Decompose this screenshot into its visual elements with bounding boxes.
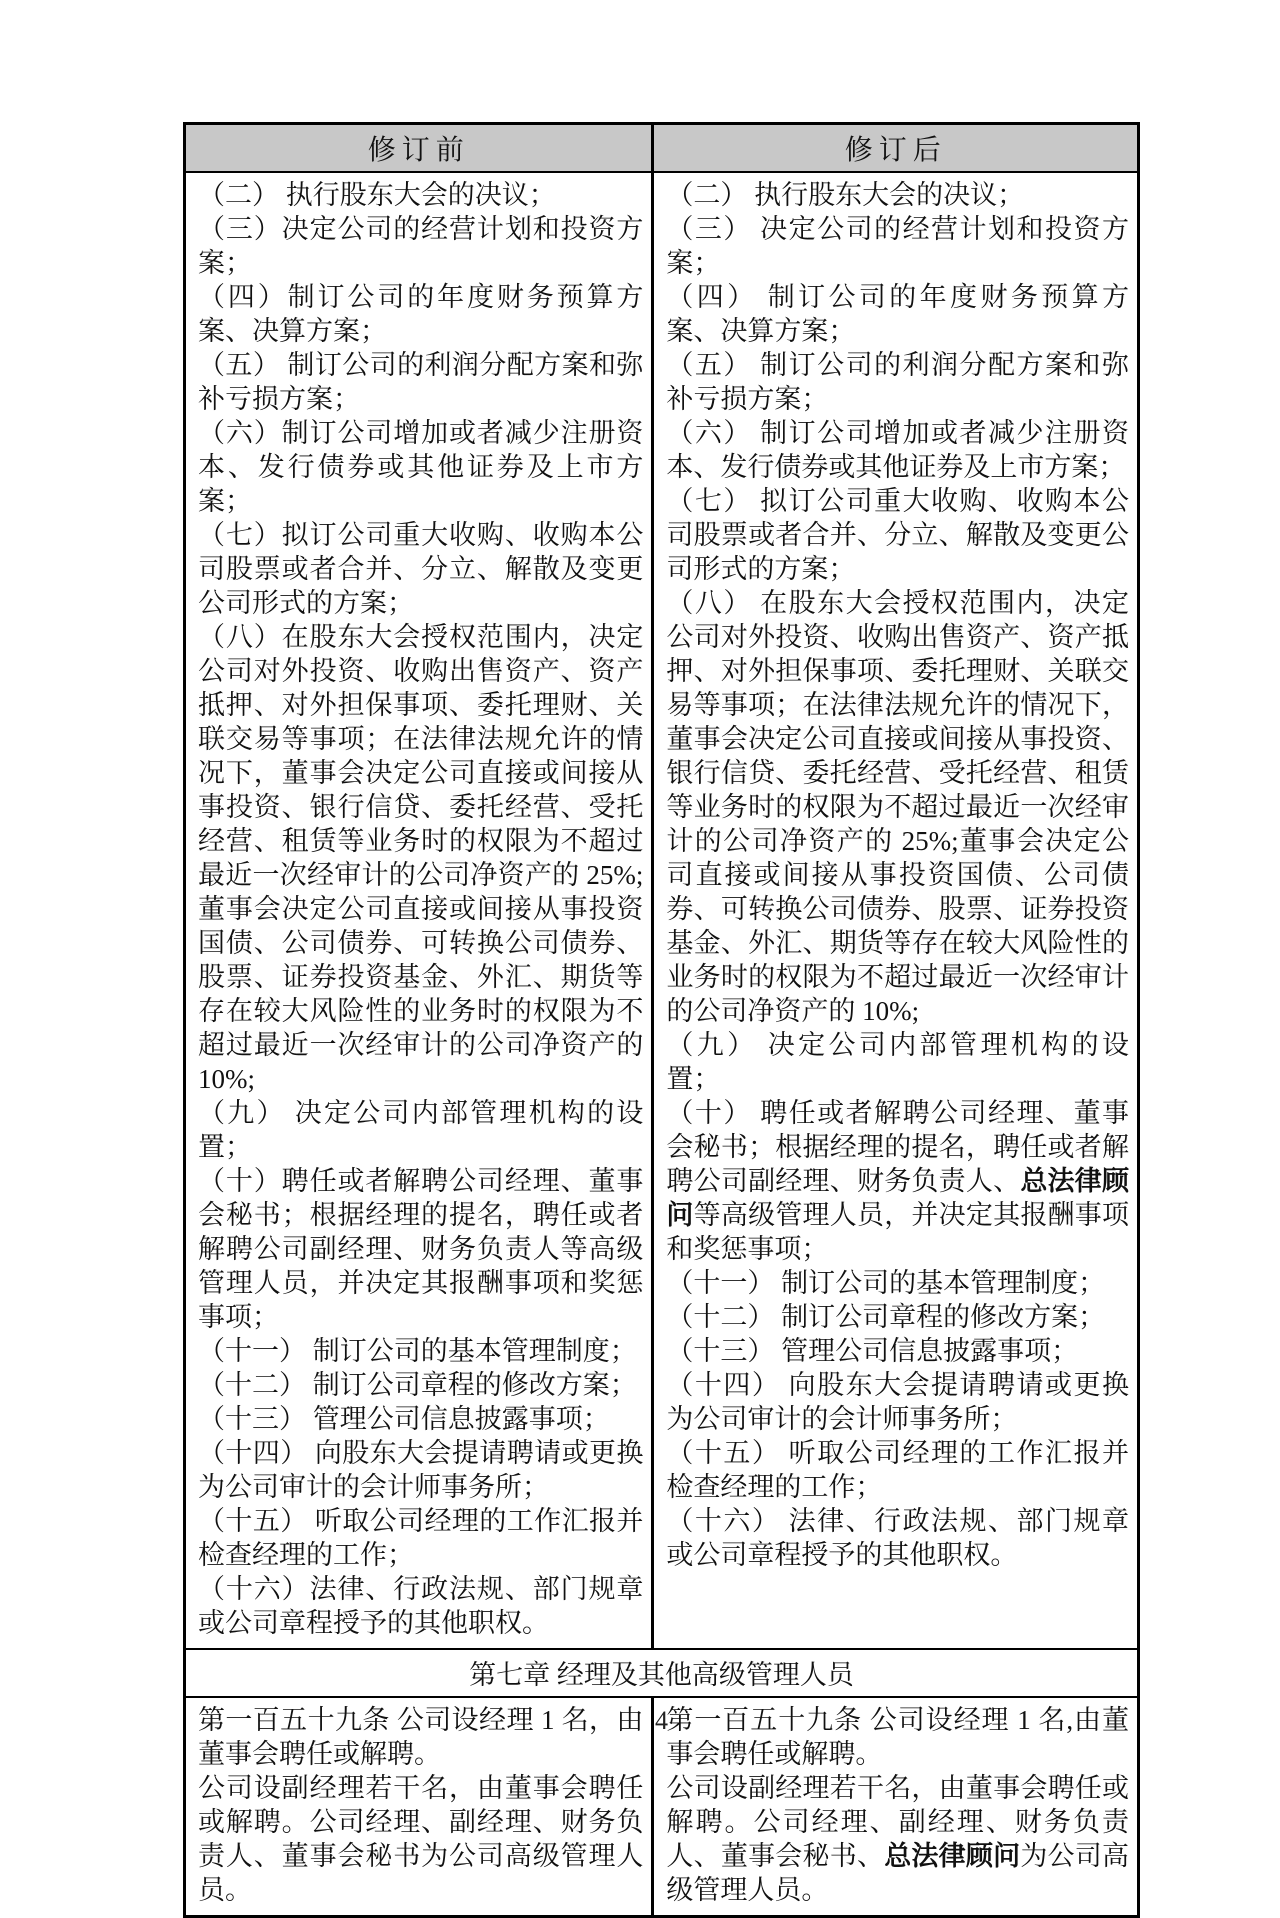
cell-after-main: （二） 执行股东大会的决议；（三） 决定公司的经营计划和投资方案；（四） 制订公…: [653, 172, 1139, 1649]
table-row-chapter: 第七章 经理及其他高级管理人员: [185, 1649, 1139, 1697]
paragraph: （十一） 制订公司的基本管理制度；: [666, 1266, 1129, 1300]
paragraph: （二） 执行股东大会的决议；: [198, 178, 643, 212]
paragraph: （十五） 听取公司经理的工作汇报并检查经理的工作；: [666, 1436, 1129, 1504]
paragraph: （十五） 听取公司经理的工作汇报并检查经理的工作；: [198, 1504, 643, 1572]
chapter-heading: 第七章 经理及其他高级管理人员: [185, 1649, 1139, 1697]
paragraph: （十四） 向股东大会提请聘请或更换为公司审计的会计师事务所；: [198, 1436, 643, 1504]
paragraph: 公司设副经理若干名，由董事会聘任或解聘。公司经理、副经理、财务负责人、董事会秘书…: [198, 1771, 643, 1907]
page-number: 4: [183, 1706, 1140, 1736]
paragraph: 公司设副经理若干名，由董事会聘任或解聘。公司经理、副经理、财务负责人、董事会秘书…: [666, 1771, 1129, 1907]
header-cell-before: 修订前: [185, 124, 653, 173]
paragraph: （十二） 制订公司章程的修改方案；: [666, 1300, 1129, 1334]
table-header-row: 修订前 修订后: [185, 124, 1139, 173]
paragraph: （八）在股东大会授权范围内，决定公司对外投资、收购出售资产、资产抵押、对外担保事…: [198, 620, 643, 1096]
paragraph: （十二） 制订公司章程的修改方案；: [198, 1368, 643, 1402]
paragraph: （十）聘任或者解聘公司经理、董事会秘书；根据经理的提名，聘任或者解聘公司副经理、…: [198, 1164, 643, 1334]
paragraph: （六）制订公司增加或者减少注册资本、发行债券或其他证券及上市方案；: [198, 416, 643, 518]
table-row-main: （二） 执行股东大会的决议；（三）决定公司的经营计划和投资方案；（四）制订公司的…: [185, 172, 1139, 1649]
header-cell-after: 修订后: [653, 124, 1139, 173]
cell-before-main: （二） 执行股东大会的决议；（三）决定公司的经营计划和投资方案；（四）制订公司的…: [185, 172, 653, 1649]
paragraph: （九） 决定公司内部管理机构的设置；: [198, 1096, 643, 1164]
paragraph: （六） 制订公司增加或者减少注册资本、发行债券或其他证券及上市方案；: [666, 416, 1129, 484]
paragraph: （十六）法律、行政法规、部门规章或公司章程授予的其他职权。: [198, 1572, 643, 1640]
document-page: 修订前 修订后 （二） 执行股东大会的决议；（三）决定公司的经营计划和投资方案；…: [0, 0, 1280, 1809]
paragraph: （十三） 管理公司信息披露事项；: [198, 1402, 643, 1436]
paragraph: （十三） 管理公司信息披露事项；: [666, 1334, 1129, 1368]
revision-comparison-table: 修订前 修订后 （二） 执行股东大会的决议；（三）决定公司的经营计划和投资方案；…: [183, 122, 1140, 1918]
paragraph: （三） 决定公司的经营计划和投资方案；: [666, 212, 1129, 280]
paragraph: （八） 在股东大会授权范围内，决定公司对外投资、收购出售资产、资产抵押、对外担保…: [666, 586, 1129, 1028]
paragraph: （五） 制订公司的利润分配方案和弥补亏损方案；: [666, 348, 1129, 416]
paragraph: （四）制订公司的年度财务预算方案、决算方案；: [198, 280, 643, 348]
paragraph: （四） 制订公司的年度财务预算方案、决算方案；: [666, 280, 1129, 348]
paragraph: （九） 决定公司内部管理机构的设置；: [666, 1028, 1129, 1096]
paragraph: （七） 拟订公司重大收购、收购本公司股票或者合并、分立、解散及变更公司形式的方案…: [666, 484, 1129, 586]
paragraph: （十六） 法律、行政法规、部门规章或公司章程授予的其他职权。: [666, 1504, 1129, 1572]
paragraph: （五） 制订公司的利润分配方案和弥补亏损方案；: [198, 348, 643, 416]
paragraph: （三）决定公司的经营计划和投资方案；: [198, 212, 643, 280]
paragraph: （七）拟订公司重大收购、收购本公司股票或者合并、分立、解散及变更公司形式的方案；: [198, 518, 643, 620]
paragraph: （十四） 向股东大会提请聘请或更换为公司审计的会计师事务所；: [666, 1368, 1129, 1436]
paragraph: （十） 聘任或者解聘公司经理、董事会秘书；根据经理的提名，聘任或者解聘公司副经理…: [666, 1096, 1129, 1266]
paragraph: （二） 执行股东大会的决议；: [666, 178, 1129, 212]
paragraph: （十一） 制订公司的基本管理制度；: [198, 1334, 643, 1368]
